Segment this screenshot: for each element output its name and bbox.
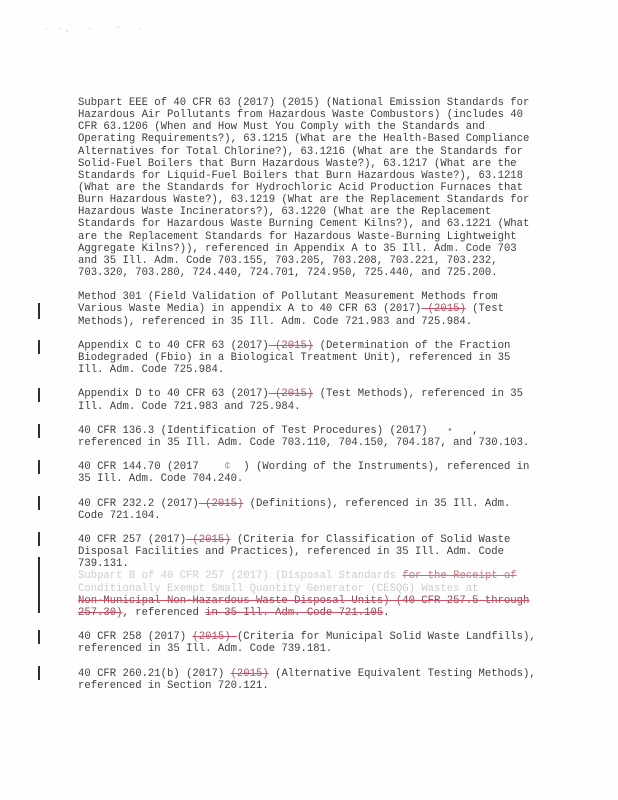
text-line: Appendix C to 40 CFR 63 (2017) (2015) (D…: [78, 340, 558, 352]
change-bar: [38, 630, 40, 644]
text-line: Methods), referenced in 35 Ill. Adm. Cod…: [78, 316, 558, 328]
text-line: Method 301 (Field Validation of Pollutan…: [78, 291, 558, 303]
text-line: Hazardous Waste Incinerators?), 63.1220 …: [78, 206, 558, 218]
text-line: 40 CFR 258 (2017) (2015) (Criteria for M…: [78, 631, 558, 643]
struck-text: (2015): [421, 303, 466, 315]
text-line: 703.320, 703.280, 724.440, 724.701, 724.…: [78, 267, 558, 279]
struck-text: in 35 Ill. Adm. Code 721.105: [205, 607, 383, 619]
text-segment: , referenced: [123, 607, 206, 619]
text-segment: referenced in Section 720.121.: [78, 680, 269, 692]
text-segment: ) (Wording of the Instruments), referenc…: [231, 461, 530, 473]
text-line: CFR 63.1206 (When and How Must You Compl…: [78, 121, 558, 133]
paragraph-40-cfr-144-70: 40 CFR 144.70 (2017 ¢ ) (Wording of the …: [78, 461, 558, 485]
text-segment: ,: [453, 425, 478, 437]
text-segment: Disposal Facilities and Practices), refe…: [78, 546, 504, 558]
paragraph-40-cfr-258: 40 CFR 258 (2017) (2015) (Criteria for M…: [78, 631, 558, 655]
document-text-block: Subpart EEE of 40 CFR 63 (2017) (2015) (…: [78, 97, 558, 704]
paragraph-appendix-c-40-cfr-63: Appendix C to 40 CFR 63 (2017) (2015) (D…: [78, 340, 558, 376]
text-line: 40 CFR 136.3 (Identification of Test Pro…: [78, 425, 558, 437]
text-segment: and 35 Ill. Adm. Code 703.155, 703.205, …: [78, 255, 498, 267]
struck-text: (2015): [231, 668, 269, 680]
paragraph-subpart-eee-40-cfr-63: Subpart EEE of 40 CFR 63 (2017) (2015) (…: [78, 97, 558, 279]
text-segment: Methods), referenced in 35 Ill. Adm. Cod…: [78, 316, 472, 328]
struck-text: (2015): [199, 498, 244, 510]
text-segment: 703.320, 703.280, 724.440, 724.701, 724.…: [78, 267, 498, 279]
text-segment: Conditionally Exempt Small Quantity Gene…: [78, 583, 479, 595]
text-line: Standards for Liquid-Fuel Boilers that B…: [78, 170, 558, 182]
text-segment: Standards for Liquid-Fuel Boilers that B…: [78, 170, 523, 182]
text-segment: Appendix D to 40 CFR 63 (2017): [78, 388, 269, 400]
text-segment: 35 Ill. Adm. Code 704.240.: [78, 473, 243, 485]
text-segment: Biodegraded (Fbio) in a Biological Treat…: [78, 352, 510, 364]
text-segment: (Test: [466, 303, 504, 315]
struck-text: (2015): [186, 534, 231, 546]
text-segment: Solid-Fuel Boilers that Burn Hazardous W…: [78, 158, 517, 170]
text-segment: ¢: [224, 461, 230, 473]
text-line: 739.131.: [78, 558, 558, 570]
text-segment: Code 721.104.: [78, 510, 161, 522]
text-segment: Method 301 (Field Validation of Pollutan…: [78, 291, 498, 303]
text-line: 35 Ill. Adm. Code 704.240.: [78, 473, 558, 485]
struck-text: (2015): [269, 388, 314, 400]
text-segment: Subpart EEE of 40 CFR 63 (2017) (2015) (…: [78, 97, 529, 109]
text-segment: Standards for Hazardous Waste Burning Ce…: [78, 218, 529, 230]
text-line: Disposal Facilities and Practices), refe…: [78, 546, 558, 558]
text-segment: Burn Hazardous Waste?), 63.1219 (What ar…: [78, 194, 529, 206]
change-bar: [38, 532, 40, 546]
text-segment: 739.131.: [78, 558, 129, 570]
text-segment: (Alternative Equivalent Testing Methods)…: [269, 668, 536, 680]
paragraph-40-cfr-232-2: 40 CFR 232.2 (2017) (2015) (Definitions)…: [78, 498, 558, 522]
text-line: Non-Municipal Non-Hazardous Waste Dispos…: [78, 595, 558, 607]
text-line: Conditionally Exempt Small Quantity Gene…: [78, 583, 558, 595]
text-segment: Alternatives for Total Chlorine?), 63.12…: [78, 146, 523, 158]
change-bar: [38, 340, 40, 354]
change-bar: [38, 557, 40, 613]
text-segment: (Criteria for Classification of Solid Wa…: [231, 534, 511, 546]
text-segment: (Determination of the Fraction: [313, 340, 510, 352]
text-line: referenced in Section 720.121.: [78, 680, 558, 692]
text-line: Ill. Adm. Code 725.984.: [78, 364, 558, 376]
scan-artifact: · ·, · ' ·: [44, 26, 145, 34]
text-line: and 35 Ill. Adm. Code 703.155, 703.205, …: [78, 255, 558, 267]
text-segment: 40 CFR 257 (2017): [78, 534, 186, 546]
text-line: 40 CFR 144.70 (2017 ¢ ) (Wording of the …: [78, 461, 558, 473]
text-line: 40 CFR 232.2 (2017) (2015) (Definitions)…: [78, 498, 558, 510]
text-segment: 40 CFR 136.3 (Identification of Test Pro…: [78, 425, 447, 437]
text-line: Alternatives for Total Chlorine?), 63.12…: [78, 146, 558, 158]
text-segment: Subpart B of 40 CFR 257 (2017) (Disposal…: [78, 570, 402, 582]
text-line: Standards for Hazardous Waste Burning Ce…: [78, 218, 558, 230]
change-bar: [38, 303, 40, 319]
text-line: 40 CFR 260.21(b) (2017) (2015) (Alternat…: [78, 668, 558, 680]
text-segment: 40 CFR 260.21(b) (2017): [78, 668, 231, 680]
paragraph-method-301: Method 301 (Field Validation of Pollutan…: [78, 291, 558, 327]
text-line: referenced in 35 Ill. Adm. Code 739.181.: [78, 643, 558, 655]
paragraph-40-cfr-136-3: 40 CFR 136.3 (Identification of Test Pro…: [78, 425, 558, 449]
paragraph-40-cfr-260-21-b: 40 CFR 260.21(b) (2017) (2015) (Alternat…: [78, 668, 558, 692]
text-line: Appendix D to 40 CFR 63 (2017) (2015) (T…: [78, 388, 558, 400]
text-segment: (Test Methods), referenced in 35: [313, 388, 523, 400]
paragraph-40-cfr-257-with-struck-subpart-b: 40 CFR 257 (2017) (2015) (Criteria for C…: [78, 534, 558, 619]
text-segment: Operating Requirements?), 63.1215 (What …: [78, 133, 529, 145]
text-segment: Aggregate Kilns?)), referenced in Append…: [78, 243, 517, 255]
scanned-page: · ·, · ' · Subpart EEE of 40 CFR 63 (201…: [0, 0, 618, 800]
struck-text: (2015): [192, 631, 237, 643]
text-segment: Appendix C to 40 CFR 63 (2017): [78, 340, 269, 352]
change-bar: [38, 496, 40, 510]
text-line: Ill. Adm. Code 721.983 and 725.984.: [78, 401, 558, 413]
text-segment: .: [383, 607, 389, 619]
text-segment: Ill. Adm. Code 725.984.: [78, 364, 224, 376]
text-segment: are the Replacement Standards for Hazard…: [78, 231, 517, 243]
text-line: Code 721.104.: [78, 510, 558, 522]
change-bar: [38, 424, 40, 438]
text-line: Subpart B of 40 CFR 257 (2017) (Disposal…: [78, 570, 558, 582]
text-line: Various Waste Media) in appendix A to 40…: [78, 303, 558, 315]
change-bar: [38, 666, 40, 680]
text-line: Burn Hazardous Waste?), 63.1219 (What ar…: [78, 194, 558, 206]
text-segment: (Definitions), referenced in 35 Ill. Adm…: [243, 498, 510, 510]
text-line: referenced in 35 Ill. Adm. Code 703.110,…: [78, 437, 558, 449]
text-segment: (What are the Standards for Hydrochloric…: [78, 182, 523, 194]
text-line: Hazardous Air Pollutants from Hazardous …: [78, 109, 558, 121]
text-line: 40 CFR 257 (2017) (2015) (Criteria for C…: [78, 534, 558, 546]
change-bar: [38, 460, 40, 474]
text-line: (What are the Standards for Hydrochloric…: [78, 182, 558, 194]
text-segment: Hazardous Air Pollutants from Hazardous …: [78, 109, 523, 121]
text-segment: Hazardous Waste Incinerators?), 63.1220 …: [78, 206, 491, 218]
text-segment: referenced in 35 Ill. Adm. Code 739.181.: [78, 643, 332, 655]
text-segment: referenced in 35 Ill. Adm. Code 703.110,…: [78, 437, 529, 449]
text-segment: Various Waste Media) in appendix A to 40…: [78, 303, 421, 315]
text-line: Biodegraded (Fbio) in a Biological Treat…: [78, 352, 558, 364]
text-segment: (Criteria for Municipal Solid Waste Land…: [237, 631, 536, 643]
struck-text: (2015): [269, 340, 314, 352]
text-line: are the Replacement Standards for Hazard…: [78, 231, 558, 243]
text-line: 257.30), referenced in 35 Ill. Adm. Code…: [78, 607, 558, 619]
text-segment: 40 CFR 232.2 (2017): [78, 498, 199, 510]
text-line: Operating Requirements?), 63.1215 (What …: [78, 133, 558, 145]
struck-text: Non-Municipal Non-Hazardous Waste Dispos…: [78, 595, 529, 607]
paragraph-appendix-d-40-cfr-63: Appendix D to 40 CFR 63 (2017) (2015) (T…: [78, 388, 558, 412]
struck-text: for the Receipt of: [402, 570, 516, 582]
text-segment: Ill. Adm. Code 721.983 and 725.984.: [78, 401, 301, 413]
text-segment: •: [447, 425, 453, 437]
struck-text: 257.30): [78, 607, 123, 619]
text-segment: CFR 63.1206 (When and How Must You Compl…: [78, 121, 485, 133]
text-line: Subpart EEE of 40 CFR 63 (2017) (2015) (…: [78, 97, 558, 109]
change-bar: [38, 388, 40, 402]
text-segment: 40 CFR 144.70 (2017: [78, 461, 224, 473]
text-line: Aggregate Kilns?)), referenced in Append…: [78, 243, 558, 255]
text-line: Solid-Fuel Boilers that Burn Hazardous W…: [78, 158, 558, 170]
text-segment: 40 CFR 258 (2017): [78, 631, 192, 643]
